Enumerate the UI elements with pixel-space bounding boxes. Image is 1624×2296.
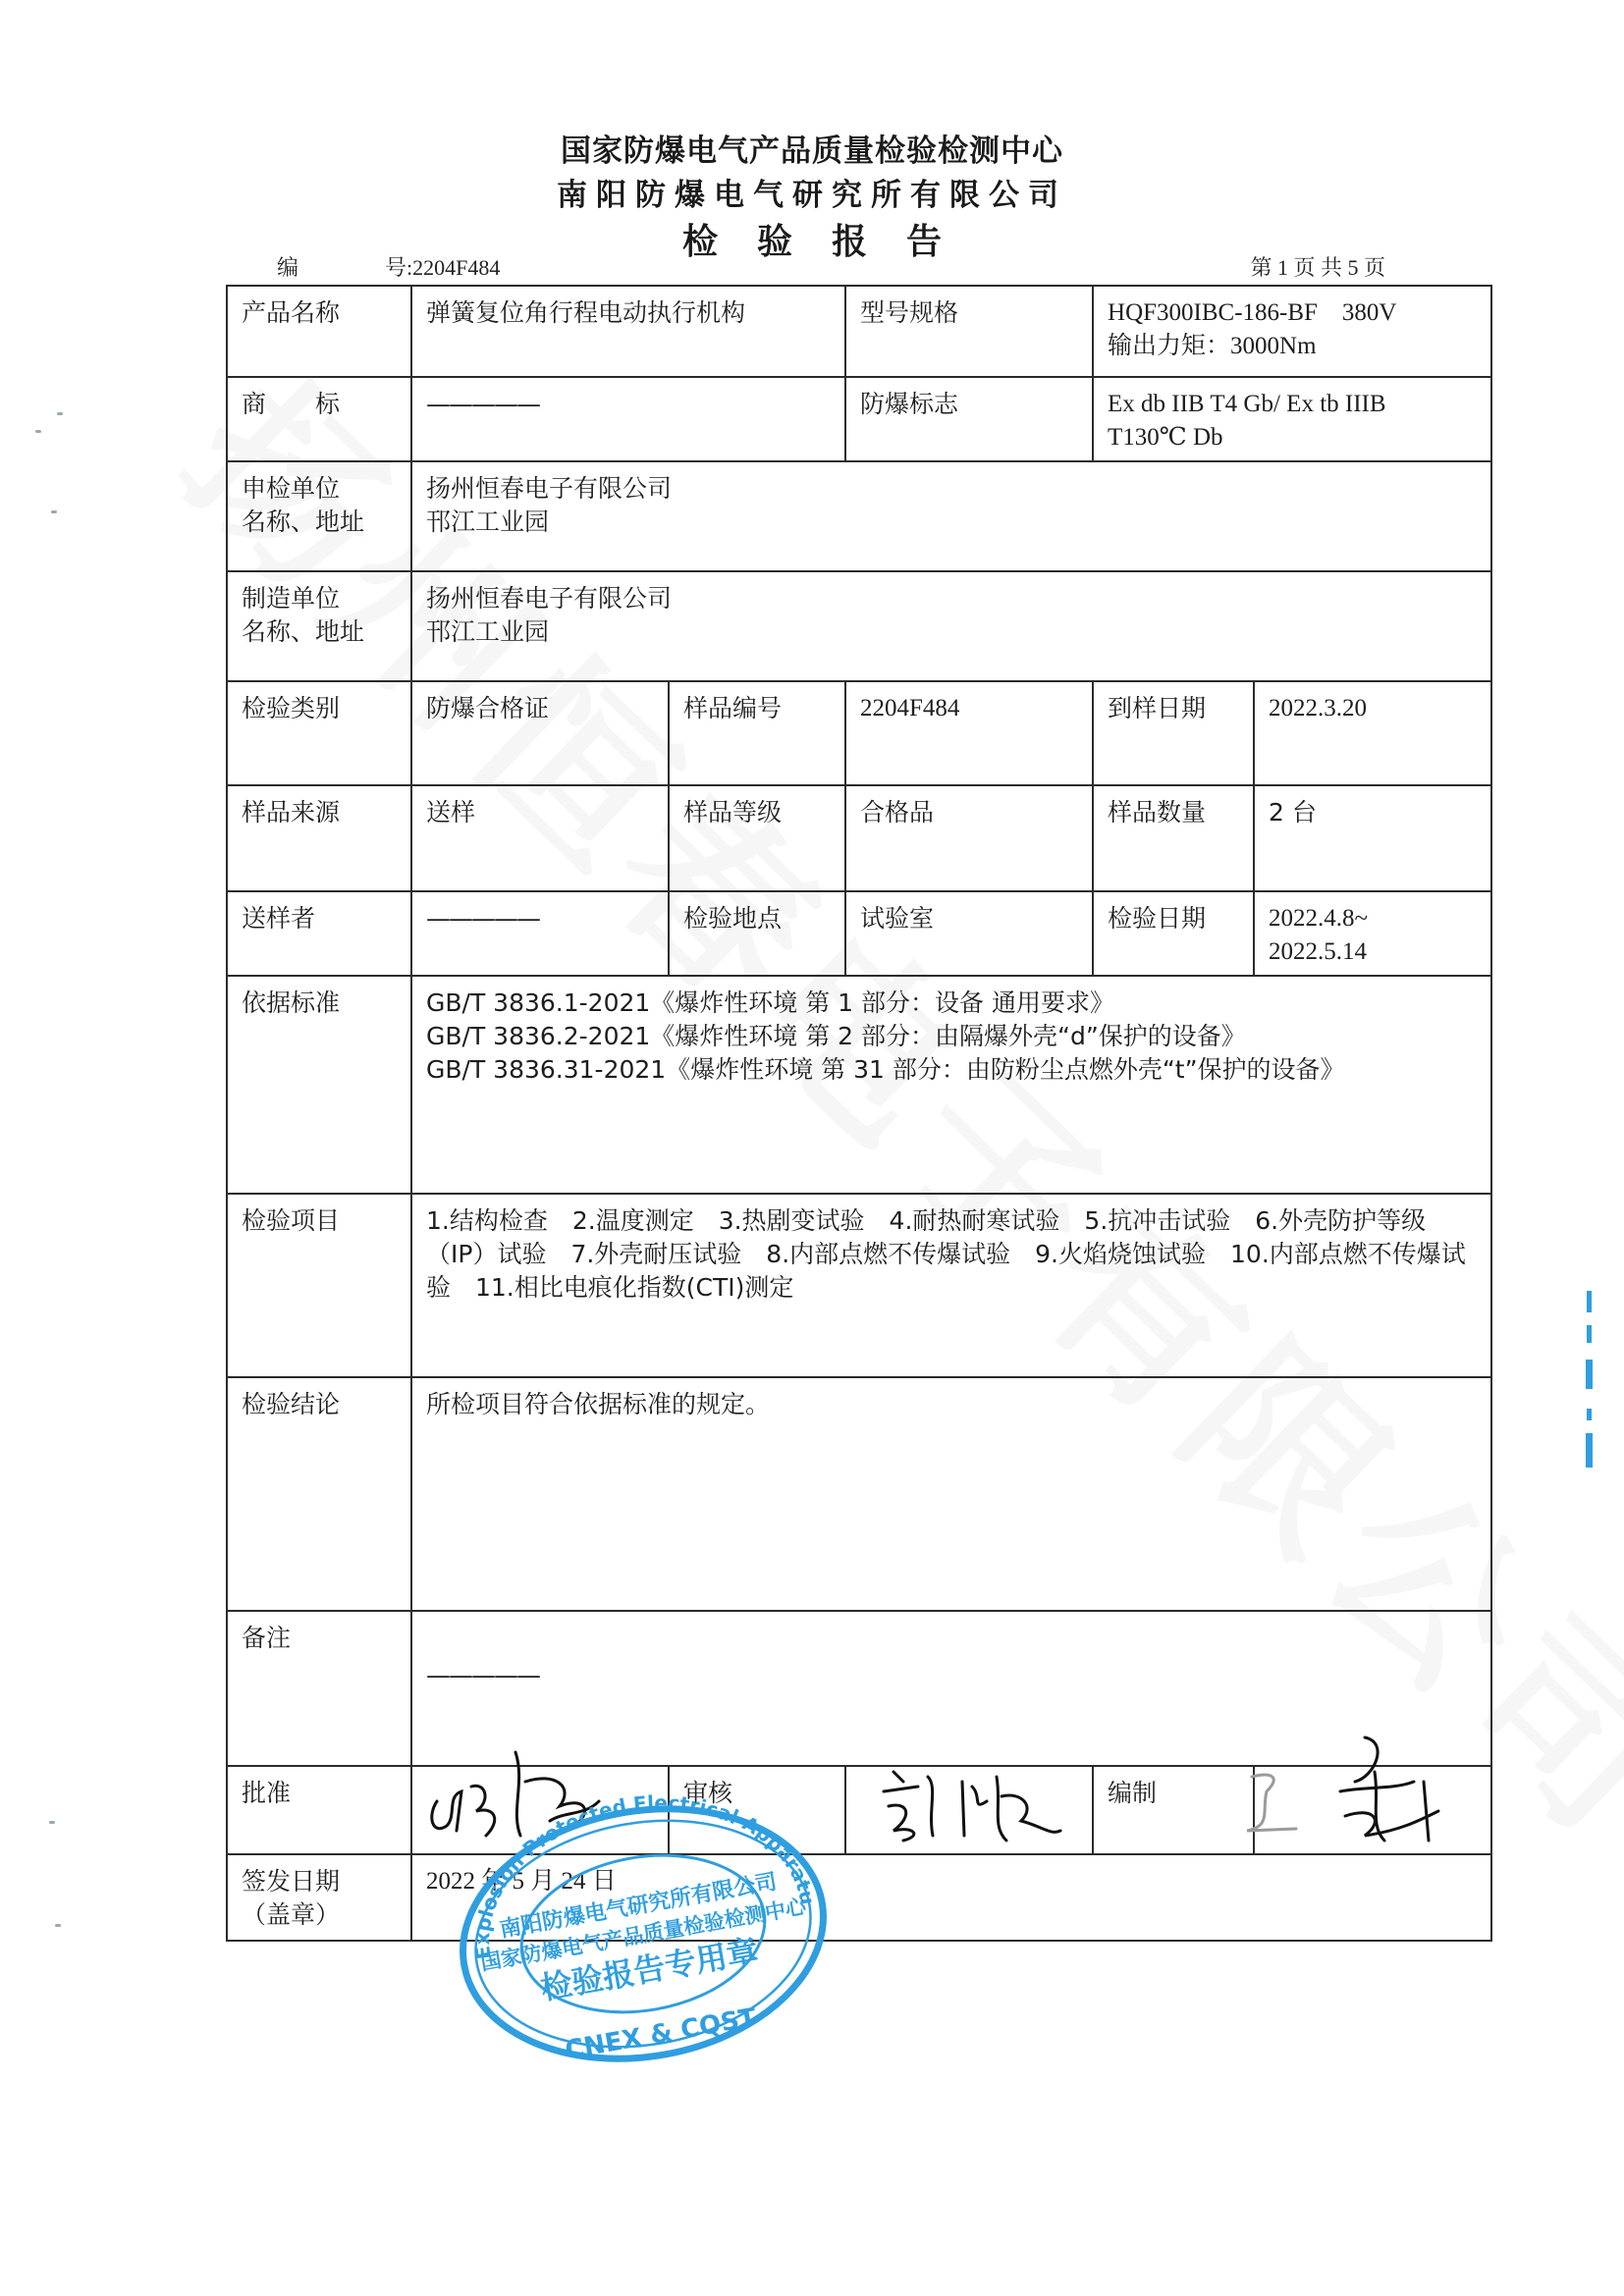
standards-label: 依据标准	[227, 976, 411, 1194]
location-value: 试验室	[845, 891, 1093, 976]
inspection-date-label: 检验日期	[1093, 891, 1254, 976]
approve-label: 批准	[227, 1766, 411, 1854]
conclusion-value: 所检项目符合依据标准的规定。	[411, 1377, 1491, 1611]
review-signature-cell	[845, 1766, 1093, 1854]
issuer-company: 南阳防爆电气研究所有限公司	[0, 170, 1624, 214]
location-label: 检验地点	[669, 891, 845, 976]
sample-qty-value: 2 台	[1254, 785, 1491, 891]
sample-grade-value: 合格品	[845, 785, 1093, 891]
scan-speck	[35, 430, 41, 433]
issue-date-value: 2022 年 5 月 24 日	[411, 1854, 1491, 1941]
scan-speck	[51, 510, 57, 513]
test-items-label: 检验项目	[227, 1194, 411, 1377]
test-items-value: 1.结构检查 2.温度测定 3.热剧变试验 4.耐热耐寒试验 5.抗冲击试验 6…	[411, 1194, 1491, 1377]
page-info: 第 1 页 共 5 页	[1250, 251, 1385, 282]
applicant-value: 扬州恒春电子有限公司 邗江工业园	[411, 461, 1491, 571]
review-label: 审核	[669, 1766, 845, 1854]
remarks-value: —————	[411, 1611, 1491, 1766]
applicant-label-2: 名称、地址	[242, 506, 399, 539]
stamp-line-3: 检验报告专用章	[538, 1932, 761, 2006]
compile-label: 编制	[1093, 1766, 1254, 1854]
compile-signature-cell	[1254, 1766, 1491, 1854]
model-line-1: HQF300IBC-186-BF 380V	[1108, 296, 1479, 330]
report-table: 产品名称 弹簧复位角行程电动执行机构 型号规格 HQF300IBC-186-BF…	[226, 285, 1492, 1942]
row-product: 产品名称 弹簧复位角行程电动执行机构 型号规格 HQF300IBC-186-BF…	[227, 286, 1491, 377]
report-number: 编号:2204F484	[277, 251, 500, 282]
issue-date-label: 签发日期 （盖章）	[227, 1854, 411, 1941]
row-sample-source: 样品来源 送样 样品等级 合格品 样品数量 2 台	[227, 785, 1491, 891]
ex-marking-label: 防爆标志	[845, 377, 1093, 461]
conclusion-label: 检验结论	[227, 1377, 411, 1611]
model-line-2: 输出力矩：3000Nm	[1108, 330, 1479, 363]
inspection-date-end: 2022.5.14	[1269, 935, 1479, 969]
trademark-value: —————	[411, 377, 845, 461]
standard-item: GB/T 3836.1-2021《爆炸性环境 第 1 部分：设备 通用要求》	[426, 987, 1479, 1020]
inspection-date-start: 2022.4.8~	[1269, 902, 1479, 935]
remarks-label: 备注	[227, 1611, 411, 1766]
inspection-type-label: 检验类别	[227, 681, 411, 785]
sample-qty-label: 样品数量	[1093, 785, 1254, 891]
report-number-value: 号:2204F484	[385, 255, 500, 280]
row-standards: 依据标准 GB/T 3836.1-2021《爆炸性环境 第 1 部分：设备 通用…	[227, 976, 1491, 1194]
scan-speck	[55, 1924, 61, 1927]
row-trademark: 商 标 ————— 防爆标志 Ex db IIB T4 Gb/ Ex tb II…	[227, 377, 1491, 461]
product-name-value: 弹簧复位角行程电动执行机构	[411, 286, 845, 377]
scan-speck	[49, 1821, 55, 1824]
applicant-label-1: 申检单位	[242, 472, 399, 506]
row-sender: 送样者 ————— 检验地点 试验室 检验日期 2022.4.8~ 2022.5…	[227, 891, 1491, 976]
applicant-name: 扬州恒春电子有限公司	[426, 472, 1479, 506]
inspection-type-value: 防爆合格证	[411, 681, 669, 785]
manufacturer-label-1: 制造单位	[242, 582, 399, 615]
model-label: 型号规格	[845, 286, 1093, 377]
arrival-date-value: 2022.3.20	[1254, 681, 1491, 785]
standards-value: GB/T 3836.1-2021《爆炸性环境 第 1 部分：设备 通用要求》 G…	[411, 976, 1491, 1194]
ex-marking-line-2: T130℃ Db	[1108, 421, 1479, 454]
ex-marking-line-1: Ex db IIB T4 Gb/ Ex tb IIIB	[1108, 388, 1479, 421]
manufacturer-value: 扬州恒春电子有限公司 邗江工业园	[411, 571, 1491, 681]
row-inspection-type: 检验类别 防爆合格证 样品编号 2204F484 到样日期 2022.3.20	[227, 681, 1491, 785]
model-value: HQF300IBC-186-BF 380V 输出力矩：3000Nm	[1093, 286, 1491, 377]
row-conclusion: 检验结论 所检项目符合依据标准的规定。	[227, 1377, 1491, 1611]
row-applicant: 申检单位 名称、地址 扬州恒春电子有限公司 邗江工业园	[227, 461, 1491, 571]
trademark-label: 商 标	[227, 377, 411, 461]
row-manufacturer: 制造单位 名称、地址 扬州恒春电子有限公司 邗江工业园	[227, 571, 1491, 681]
manufacturer-address: 邗江工业园	[426, 615, 1479, 649]
issuer-name-cn: 国家防爆电气产品质量检验检测中心	[0, 126, 1624, 170]
manufacturer-label: 制造单位 名称、地址	[227, 571, 411, 681]
report-number-label: 编	[277, 251, 385, 282]
edge-stamp-fragment	[1583, 1291, 1597, 1477]
row-remarks: 备注 —————	[227, 1611, 1491, 1766]
manufacturer-label-2: 名称、地址	[242, 615, 399, 649]
sample-no-value: 2204F484	[845, 681, 1093, 785]
standard-item: GB/T 3836.2-2021《爆炸性环境 第 2 部分：由隔爆外壳“d”保护…	[426, 1020, 1479, 1053]
standard-item: GB/T 3836.31-2021《爆炸性环境 第 31 部分：由防粉尘点燃外壳…	[426, 1053, 1479, 1087]
sample-no-label: 样品编号	[669, 681, 845, 785]
row-test-items: 检验项目 1.结构检查 2.温度测定 3.热剧变试验 4.耐热耐寒试验 5.抗冲…	[227, 1194, 1491, 1377]
arrival-date-label: 到样日期	[1093, 681, 1254, 785]
scan-speck	[57, 412, 63, 415]
manufacturer-name: 扬州恒春电子有限公司	[426, 582, 1479, 615]
issue-date-label-2: （盖章）	[242, 1898, 399, 1932]
inspection-date-value: 2022.4.8~ 2022.5.14	[1254, 891, 1491, 976]
sample-source-label: 样品来源	[227, 785, 411, 891]
applicant-label: 申检单位 名称、地址	[227, 461, 411, 571]
product-name-label: 产品名称	[227, 286, 411, 377]
applicant-address: 邗江工业园	[426, 506, 1479, 539]
issue-date-label-1: 签发日期	[242, 1865, 399, 1898]
sender-label: 送样者	[227, 891, 411, 976]
sample-source-value: 送样	[411, 785, 669, 891]
row-signatures: 批准 审核 编制	[227, 1766, 1491, 1854]
ex-marking-value: Ex db IIB T4 Gb/ Ex tb IIIB T130℃ Db	[1093, 377, 1491, 461]
sample-grade-label: 样品等级	[669, 785, 845, 891]
approve-signature-cell	[411, 1766, 669, 1854]
row-issue-date: 签发日期 （盖章） 2022 年 5 月 24 日	[227, 1854, 1491, 1941]
stamp-bottom-text: CNEX & CQST	[563, 2002, 759, 2065]
sender-value: —————	[411, 891, 669, 976]
